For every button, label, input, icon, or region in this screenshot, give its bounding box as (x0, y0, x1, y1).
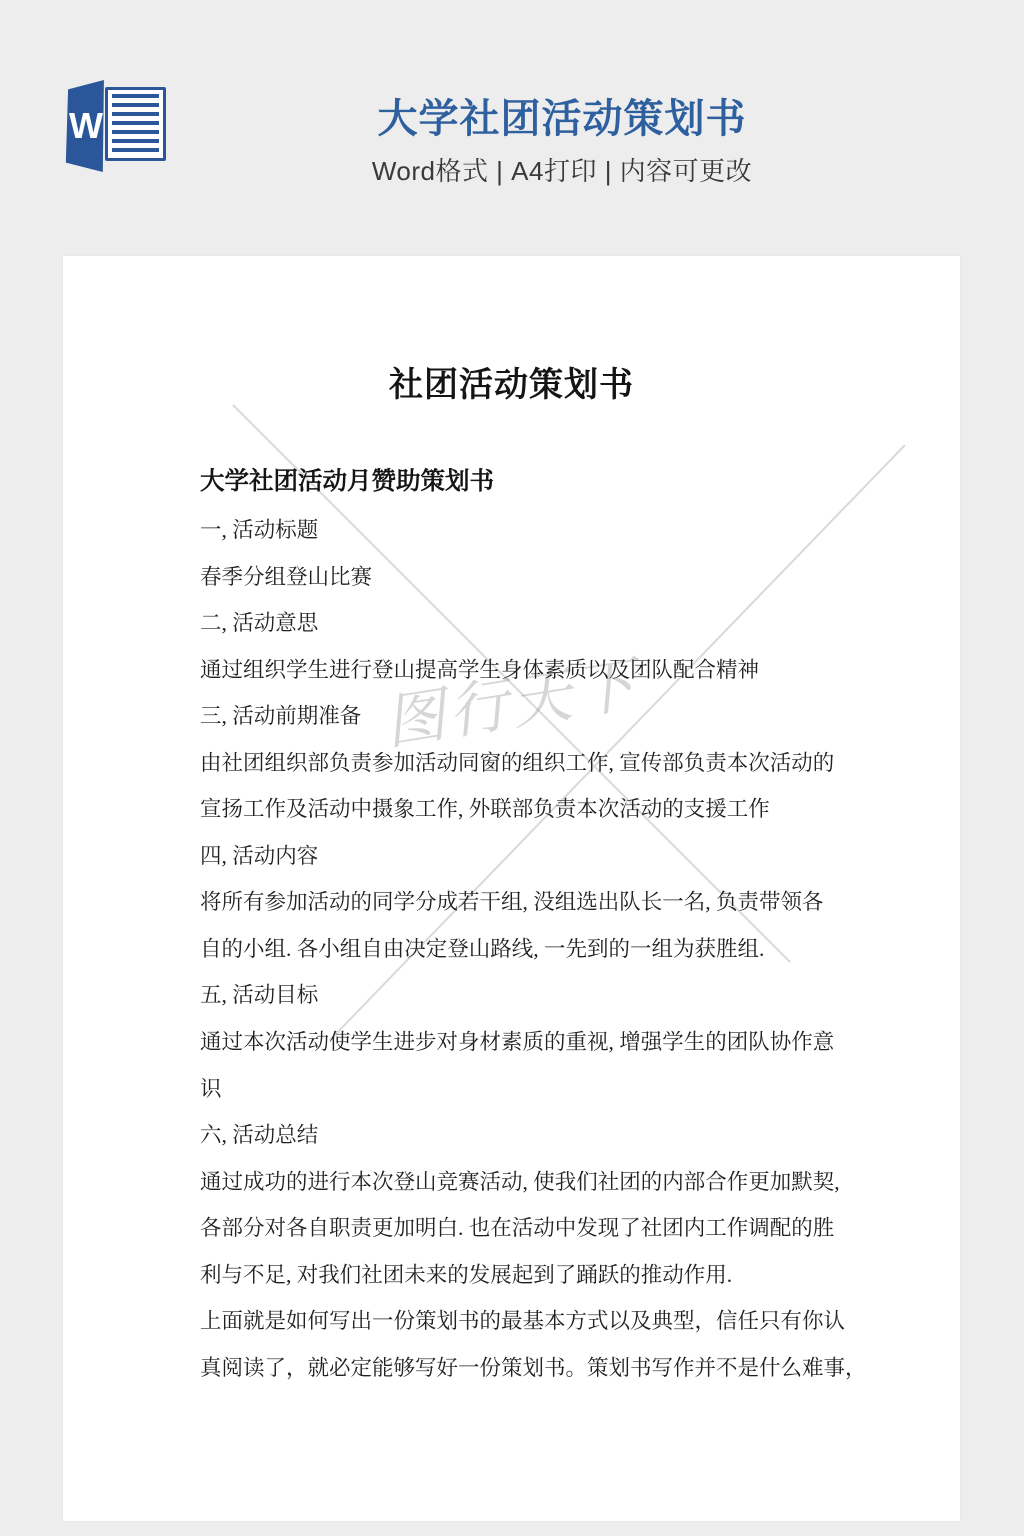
document-line: 一, 活动标题 (200, 517, 915, 564)
document-line: 各部分对各自职责更加明白. 也在活动中发现了社团内工作调配的胜 (200, 1215, 915, 1262)
document-title: 社团活动策划书 (63, 366, 960, 406)
document-line: 自的小组. 各小组自由决定登山路线, 一先到的一组为获胜组. (200, 936, 915, 983)
document-line: 四, 活动内容 (200, 843, 915, 890)
document-line: 春季分组登山比赛 (200, 564, 915, 611)
page-background: W 大学社团活动策划书 Word格式 | A4打印 | 内容可更改 图行天下 社… (0, 0, 1024, 1536)
header-text-block: 大学社团活动策划书 Word格式 | A4打印 | 内容可更改 (170, 97, 954, 185)
document-line: 通过本次活动使学生进步对身材素质的重视, 增强学生的团队协作意 (200, 1029, 915, 1076)
document-line: 通过组织学生进行登山提高学生身体素质以及团队配合精神 (200, 657, 915, 704)
document-line: 识 (200, 1076, 915, 1123)
document-page: 图行天下 社团活动策划书 大学社团活动月赞助策划书 一, 活动标题 春季分组登山… (63, 256, 960, 1521)
document-line: 由社团组织部负责参加活动同窗的组织工作, 宣传部负责本次活动的 (200, 750, 915, 797)
word-icon-letter: W (66, 105, 106, 147)
word-icon-document-sheet (105, 87, 165, 160)
document-line: 六, 活动总结 (200, 1122, 915, 1169)
document-line: 通过成功的进行本次登山竞赛活动, 使我们社团的内部合作更加默契, (200, 1169, 915, 1216)
document-body: 一, 活动标题 春季分组登山比赛 二, 活动意思 通过组织学生进行登山提高学生身… (200, 517, 915, 1401)
document-line: 上面就是如何写出一份策划书的最基本方式以及典型，信任只有你认 (200, 1308, 915, 1355)
document-line: 将所有参加活动的同学分成若干组, 没组选出队长一名, 负责带领各 (200, 889, 915, 936)
document-line: 利与不足, 对我们社团未来的发展起到了踊跃的推动作用. (200, 1262, 915, 1309)
document-heading: 大学社团活动月赞助策划书 (200, 468, 494, 496)
document-line: 真阅读了，就必定能够写好一份策划书。策划书写作并不是什么难事， (200, 1355, 915, 1402)
document-line: 五, 活动目标 (200, 982, 915, 1029)
word-file-icon: W (58, 79, 170, 173)
word-icon-text-lines (112, 94, 158, 153)
template-subtitle: Word格式 | A4打印 | 内容可更改 (170, 157, 954, 185)
header: W 大学社团活动策划书 Word格式 | A4打印 | 内容可更改 (0, 0, 1024, 256)
document-line: 三, 活动前期准备 (200, 703, 915, 750)
document-line: 二, 活动意思 (200, 610, 915, 657)
template-title: 大学社团活动策划书 (170, 97, 954, 141)
document-line: 宣扬工作及活动中摄象工作, 外联部负责本次活动的支援工作 (200, 796, 915, 843)
